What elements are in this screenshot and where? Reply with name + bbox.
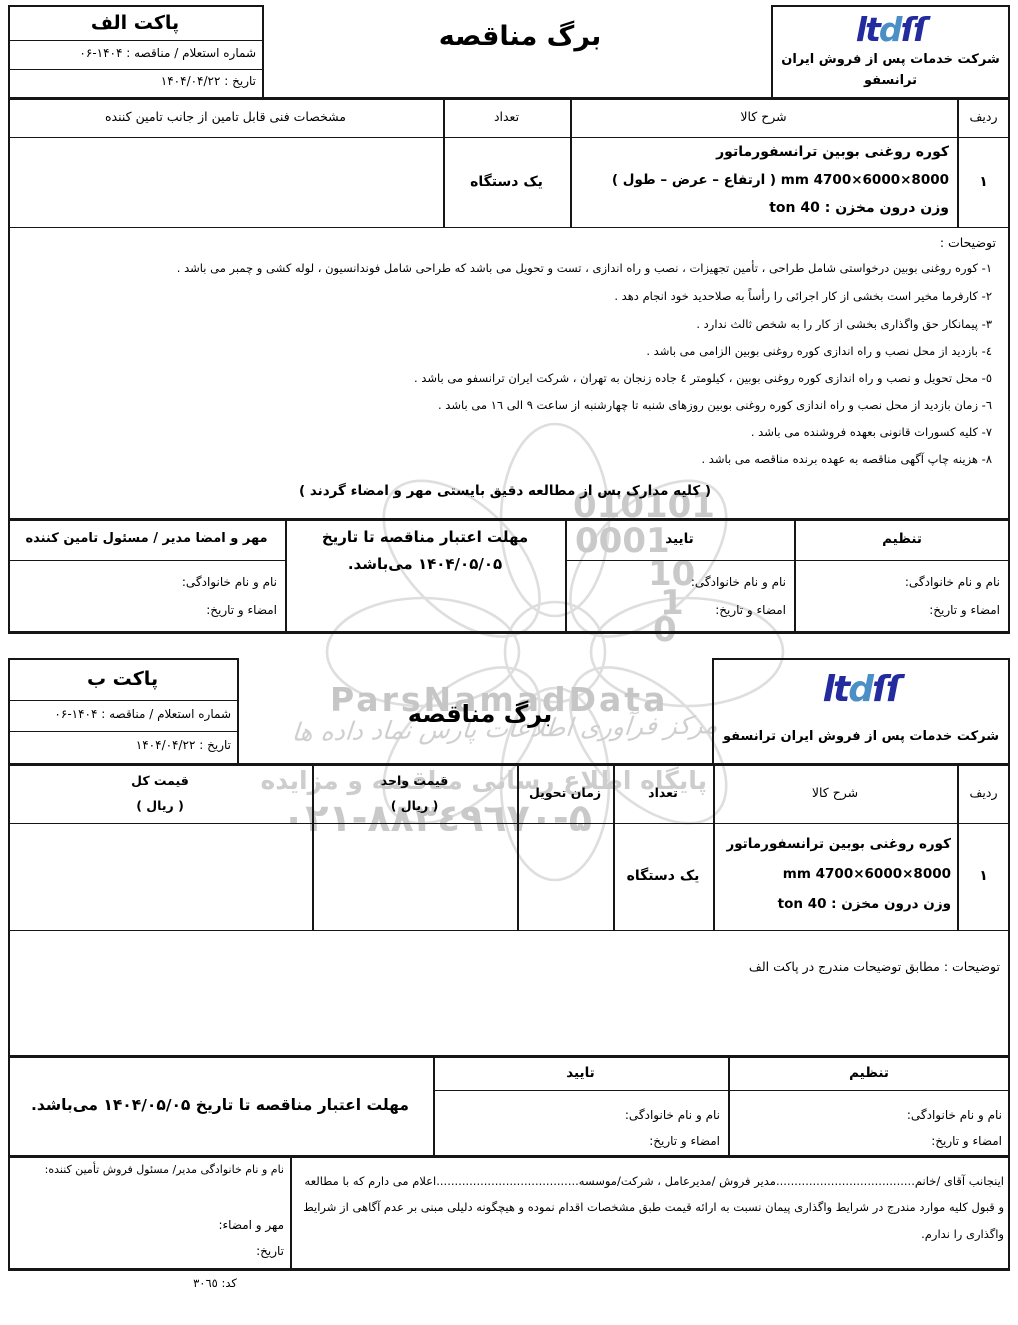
sign-header-approved: تایید — [565, 521, 794, 557]
company-logo: ltdſſ — [716, 665, 1006, 715]
line — [443, 97, 445, 227]
declaration-text: اینجانب آقای /خانم......................… — [298, 1168, 1004, 1247]
sign-header-approved: تایید — [433, 1058, 728, 1088]
line — [312, 763, 314, 930]
line — [712, 658, 714, 763]
approved-name-label: نام و نام خانوادگی: — [565, 573, 794, 591]
column-header-total-price-currency: ( ریال ) — [8, 794, 312, 818]
prepared-name-label: نام و نام خانوادگی: — [728, 1106, 1010, 1124]
line — [8, 823, 1010, 824]
tender-document-page: ParsNamadData مرکز فرآوری اطلاعات پارس ن… — [0, 0, 1018, 1325]
line — [8, 658, 237, 660]
line — [8, 1055, 1010, 1058]
item-description-line2: 8000×6000×4700 mm — [713, 864, 977, 884]
line — [794, 518, 796, 631]
declaration-seal-label: مهر و امضاء: — [12, 1216, 288, 1234]
line — [8, 658, 10, 1270]
packet-b-title: پاکت ب — [8, 661, 237, 697]
line — [433, 1055, 435, 1155]
line — [237, 658, 239, 763]
line — [8, 700, 237, 701]
company-name-line1: شرکت خدمات پس از فروش ایران — [773, 50, 1008, 70]
line — [285, 518, 287, 631]
column-header-delivery-time: زمان تحویل — [517, 763, 613, 823]
column-header-quantity: تعداد — [443, 97, 570, 137]
line — [8, 731, 237, 732]
line — [8, 69, 262, 70]
item-quantity: یک دستگاه — [443, 137, 570, 227]
line — [794, 560, 1010, 561]
supplier-signature-label: امضاء و تاریخ: — [8, 601, 285, 619]
column-header-unit-price: قیمت واحد — [312, 769, 517, 793]
line — [8, 40, 262, 41]
line — [517, 763, 519, 930]
line — [957, 763, 959, 930]
line — [8, 1268, 1010, 1271]
line — [712, 658, 1010, 660]
packet-a-inquiry-number: شماره استعلام / مناقصه : ۱۴۰۴-۰۶ — [8, 44, 264, 62]
line — [713, 763, 715, 930]
column-header-quantity: تعداد — [613, 763, 713, 823]
company-name-line2: ترانسفو — [773, 71, 1008, 91]
supplier-name-label: نام و نام خانوادگی: — [8, 573, 285, 591]
line — [433, 1090, 728, 1091]
item-description-line1: کوره روغنی بوبین ترانسفورماتور — [713, 834, 959, 854]
line — [1008, 658, 1010, 1270]
note-item-2: ۲- کارفرما مخیر است بخشی از کار اجرائی ر… — [20, 288, 1018, 305]
company-name-line: شرکت خدمات پس از فروش ایران ترانسفو — [714, 726, 1008, 748]
column-header-specs: مشخصات فنی قابل تامین از جانب تامین کنند… — [8, 97, 443, 137]
approved-signature-label: امضاء و تاریخ: — [433, 1132, 728, 1150]
line — [728, 1055, 730, 1155]
column-header-row-no: ردیف — [957, 97, 1010, 137]
line — [8, 137, 1010, 138]
sign-header-prepared: تنظیم — [794, 521, 1010, 557]
packet-b-date: تاریخ : ۱۴۰۴/۰۴/۲۲ — [8, 736, 239, 754]
notes-reference-line: توضیحات : مطابق توضیحات مندرج در پاکت ال… — [560, 958, 1014, 977]
line — [565, 560, 794, 561]
note-item-3: ۳- پیمانکار حق واگذاری بخشی از کار را به… — [20, 316, 1018, 333]
note-item-6: ٦- زمان بازدید از محل نصب و راه اندازی ک… — [20, 397, 1018, 414]
line — [728, 1090, 1010, 1091]
line — [8, 763, 1010, 766]
packet-a-title: پاکت الف — [8, 7, 262, 39]
note-item-4: ٤- بازدید از محل نصب و راه اندازی کوره ر… — [20, 343, 1018, 360]
approved-signature-label: امضاء و تاریخ: — [565, 601, 794, 619]
company-logo: ltdſſ — [775, 8, 1006, 50]
packet-b-form-title: برگ مناقصه — [320, 694, 640, 734]
approved-name-label: نام و نام خانوادگی: — [433, 1106, 728, 1124]
note-item-8: ۸- هزینه چاپ آگهی مناقصه به عهده برنده م… — [20, 451, 1018, 468]
item-row-number: ۱ — [957, 137, 1010, 227]
line — [1008, 5, 1010, 633]
line — [8, 631, 1010, 634]
note-item-7: ۷- کلیه کسورات قانونی بعهده فروشنده می ب… — [20, 424, 1018, 441]
column-header-row-no: ردیف — [957, 763, 1010, 823]
line — [8, 5, 10, 633]
line — [290, 1155, 292, 1268]
prepared-signature-label: امضاء و تاریخ: — [728, 1132, 1010, 1150]
sign-validity-note: مهلت اعتبار مناقصه تا تاریخ ۱۴۰۴/۰۵/۰۵ م… — [293, 524, 557, 596]
packet-a-date: تاریخ : ۱۴۰۴/۰۴/۲۲ — [8, 72, 264, 90]
line — [570, 97, 572, 227]
item-description-line1: کوره روغنی بوبین ترانسفورماتور — [572, 142, 959, 163]
line — [8, 930, 1010, 931]
line — [771, 5, 1010, 7]
sign-header-supplier-seal: مهر و امضا مدیر / مسئول تامین کننده — [8, 521, 285, 557]
sign-header-prepared: تنظیم — [728, 1058, 1010, 1088]
prepared-signature-label: امضاء و تاریخ: — [794, 601, 1008, 619]
item-quantity: یک دستگاه — [613, 823, 713, 930]
line — [771, 5, 773, 97]
prepared-name-label: نام و نام خانوادگی: — [794, 573, 1008, 591]
declaration-date-label: تاریخ: — [12, 1242, 288, 1260]
line — [957, 97, 959, 227]
packet-a-form-title: برگ مناقصه — [330, 14, 710, 60]
declaration-supplier-name-label: نام و نام خانوادگی مدیر/ مسئول فروش تأمی… — [2, 1162, 288, 1179]
line — [262, 5, 264, 97]
sign-validity-note: مهلت اعتبار مناقصه تا تاریخ ۱۴۰۴/۰۵/۰۵ م… — [14, 1092, 426, 1120]
notes-footer: ( کلیه مدارک پس از مطالعه دقیق بایستی مه… — [280, 478, 730, 504]
line — [565, 518, 567, 631]
note-item-5: ٥- محل تحویل و نصب و راه اندازی کوره روغ… — [20, 370, 1018, 387]
item-description-line2: 8000×6000×4700 mm ( ارتفاع – عرض – طول ) — [572, 170, 959, 190]
column-header-description: شرح کالا — [570, 97, 957, 137]
packet-b-inquiry-number: شماره استعلام / مناقصه : ۱۴۰۴-۰۶ — [8, 705, 239, 723]
item-description-line3: وزن درون مخزن : 40 ton — [713, 894, 959, 914]
line — [8, 97, 1010, 100]
line — [8, 5, 262, 7]
line — [613, 763, 615, 930]
notes-label: توضیحات : — [700, 234, 1010, 253]
doc-code: کد: ۳۰٦٥ — [150, 1274, 280, 1294]
line — [8, 518, 1010, 521]
line — [8, 1155, 1010, 1158]
column-header-total-price: قیمت کل — [8, 769, 312, 793]
line — [8, 227, 1010, 228]
item-description-line3: وزن درون مخزن : 40 ton — [572, 198, 959, 219]
column-header-unit-price-currency: ( ریال ) — [312, 794, 517, 818]
column-header-description: شرح کالا — [713, 763, 957, 823]
note-item-1: ۱- کوره روغنی بوبین درخواستی شامل طراحی … — [20, 260, 1018, 277]
line — [8, 560, 285, 561]
